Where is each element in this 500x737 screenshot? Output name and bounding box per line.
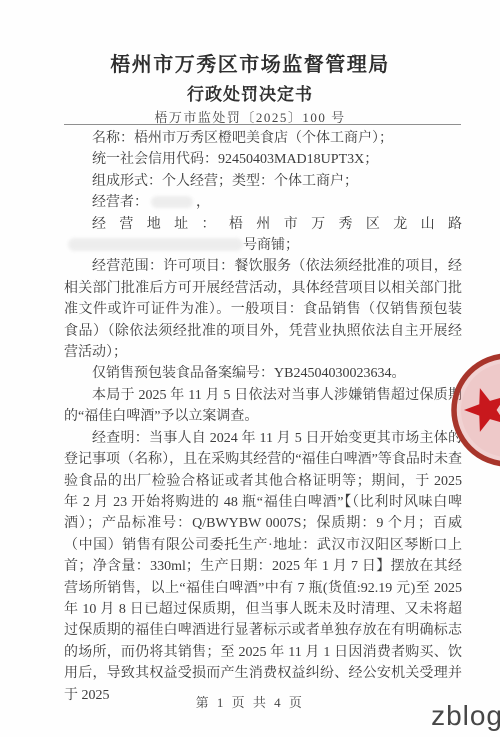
case-opening-paragraph: 本局于 2025 年 11 月 5 日依法对当事人涉嫌销售超过保质期的“福佳白啤… — [64, 385, 462, 428]
zblog-watermark: zblog — [431, 702, 500, 730]
document-header: 梧州市万秀区市场监督管理局 行政处罚决定书 梧万市监处罚〔2025〕100 号 — [0, 0, 500, 126]
address-prefix: 经营地址：梧州市万秀区龙山路 — [92, 217, 462, 232]
issuing-authority-title: 梧州市万秀区市场监督管理局 — [0, 53, 500, 77]
seal-star-icon — [459, 381, 500, 434]
seal-inner-tint — [461, 363, 500, 457]
page-number-footer: 第 1 页 共 4 页 — [0, 692, 500, 711]
findings-paragraph: 经查明：当事人自 2024 年 11 月 5 日开始变更其市场主体的登记事项（名… — [64, 428, 462, 706]
header-divider-line — [64, 124, 461, 125]
composition-type-line: 组成形式：个人经营；类型：个体工商户； — [64, 171, 462, 192]
document-body: 名称：梧州市万秀区橙吧美食店（个体工商户）； 统一社会信用代码：92450403… — [64, 128, 462, 706]
penalty-decision-document-page: 梧州市万秀区市场监督管理局 行政处罚决定书 梧万市监处罚〔2025〕100 号 … — [0, 0, 500, 737]
redaction-blur-address — [68, 238, 243, 251]
operator-label: 经营者： — [92, 195, 148, 210]
business-name-line: 名称：梧州市万秀区橙吧美食店（个体工商户）； — [64, 128, 462, 149]
business-address-line: 经营地址：梧州市万秀区龙山路号商铺； — [64, 214, 462, 257]
operator-separator: ， — [196, 195, 210, 210]
address-suffix: 号商铺； — [243, 238, 299, 253]
business-scope-paragraph: 经营范围：许可项目：餐饮服务（依法须经批准的项目，经相关部门批准后方可开展经营活… — [64, 256, 462, 363]
redaction-blur-operator-name — [151, 196, 193, 208]
credit-code-line: 统一社会信用代码：92450403MAD18UPT3X； — [64, 149, 462, 170]
document-type-title: 行政处罚决定书 — [0, 85, 500, 105]
operator-line: 经营者：， — [64, 192, 462, 213]
prepackaged-food-filing-line: 仅销售预包装食品备案编号：YB24504030023634。 — [64, 363, 462, 384]
